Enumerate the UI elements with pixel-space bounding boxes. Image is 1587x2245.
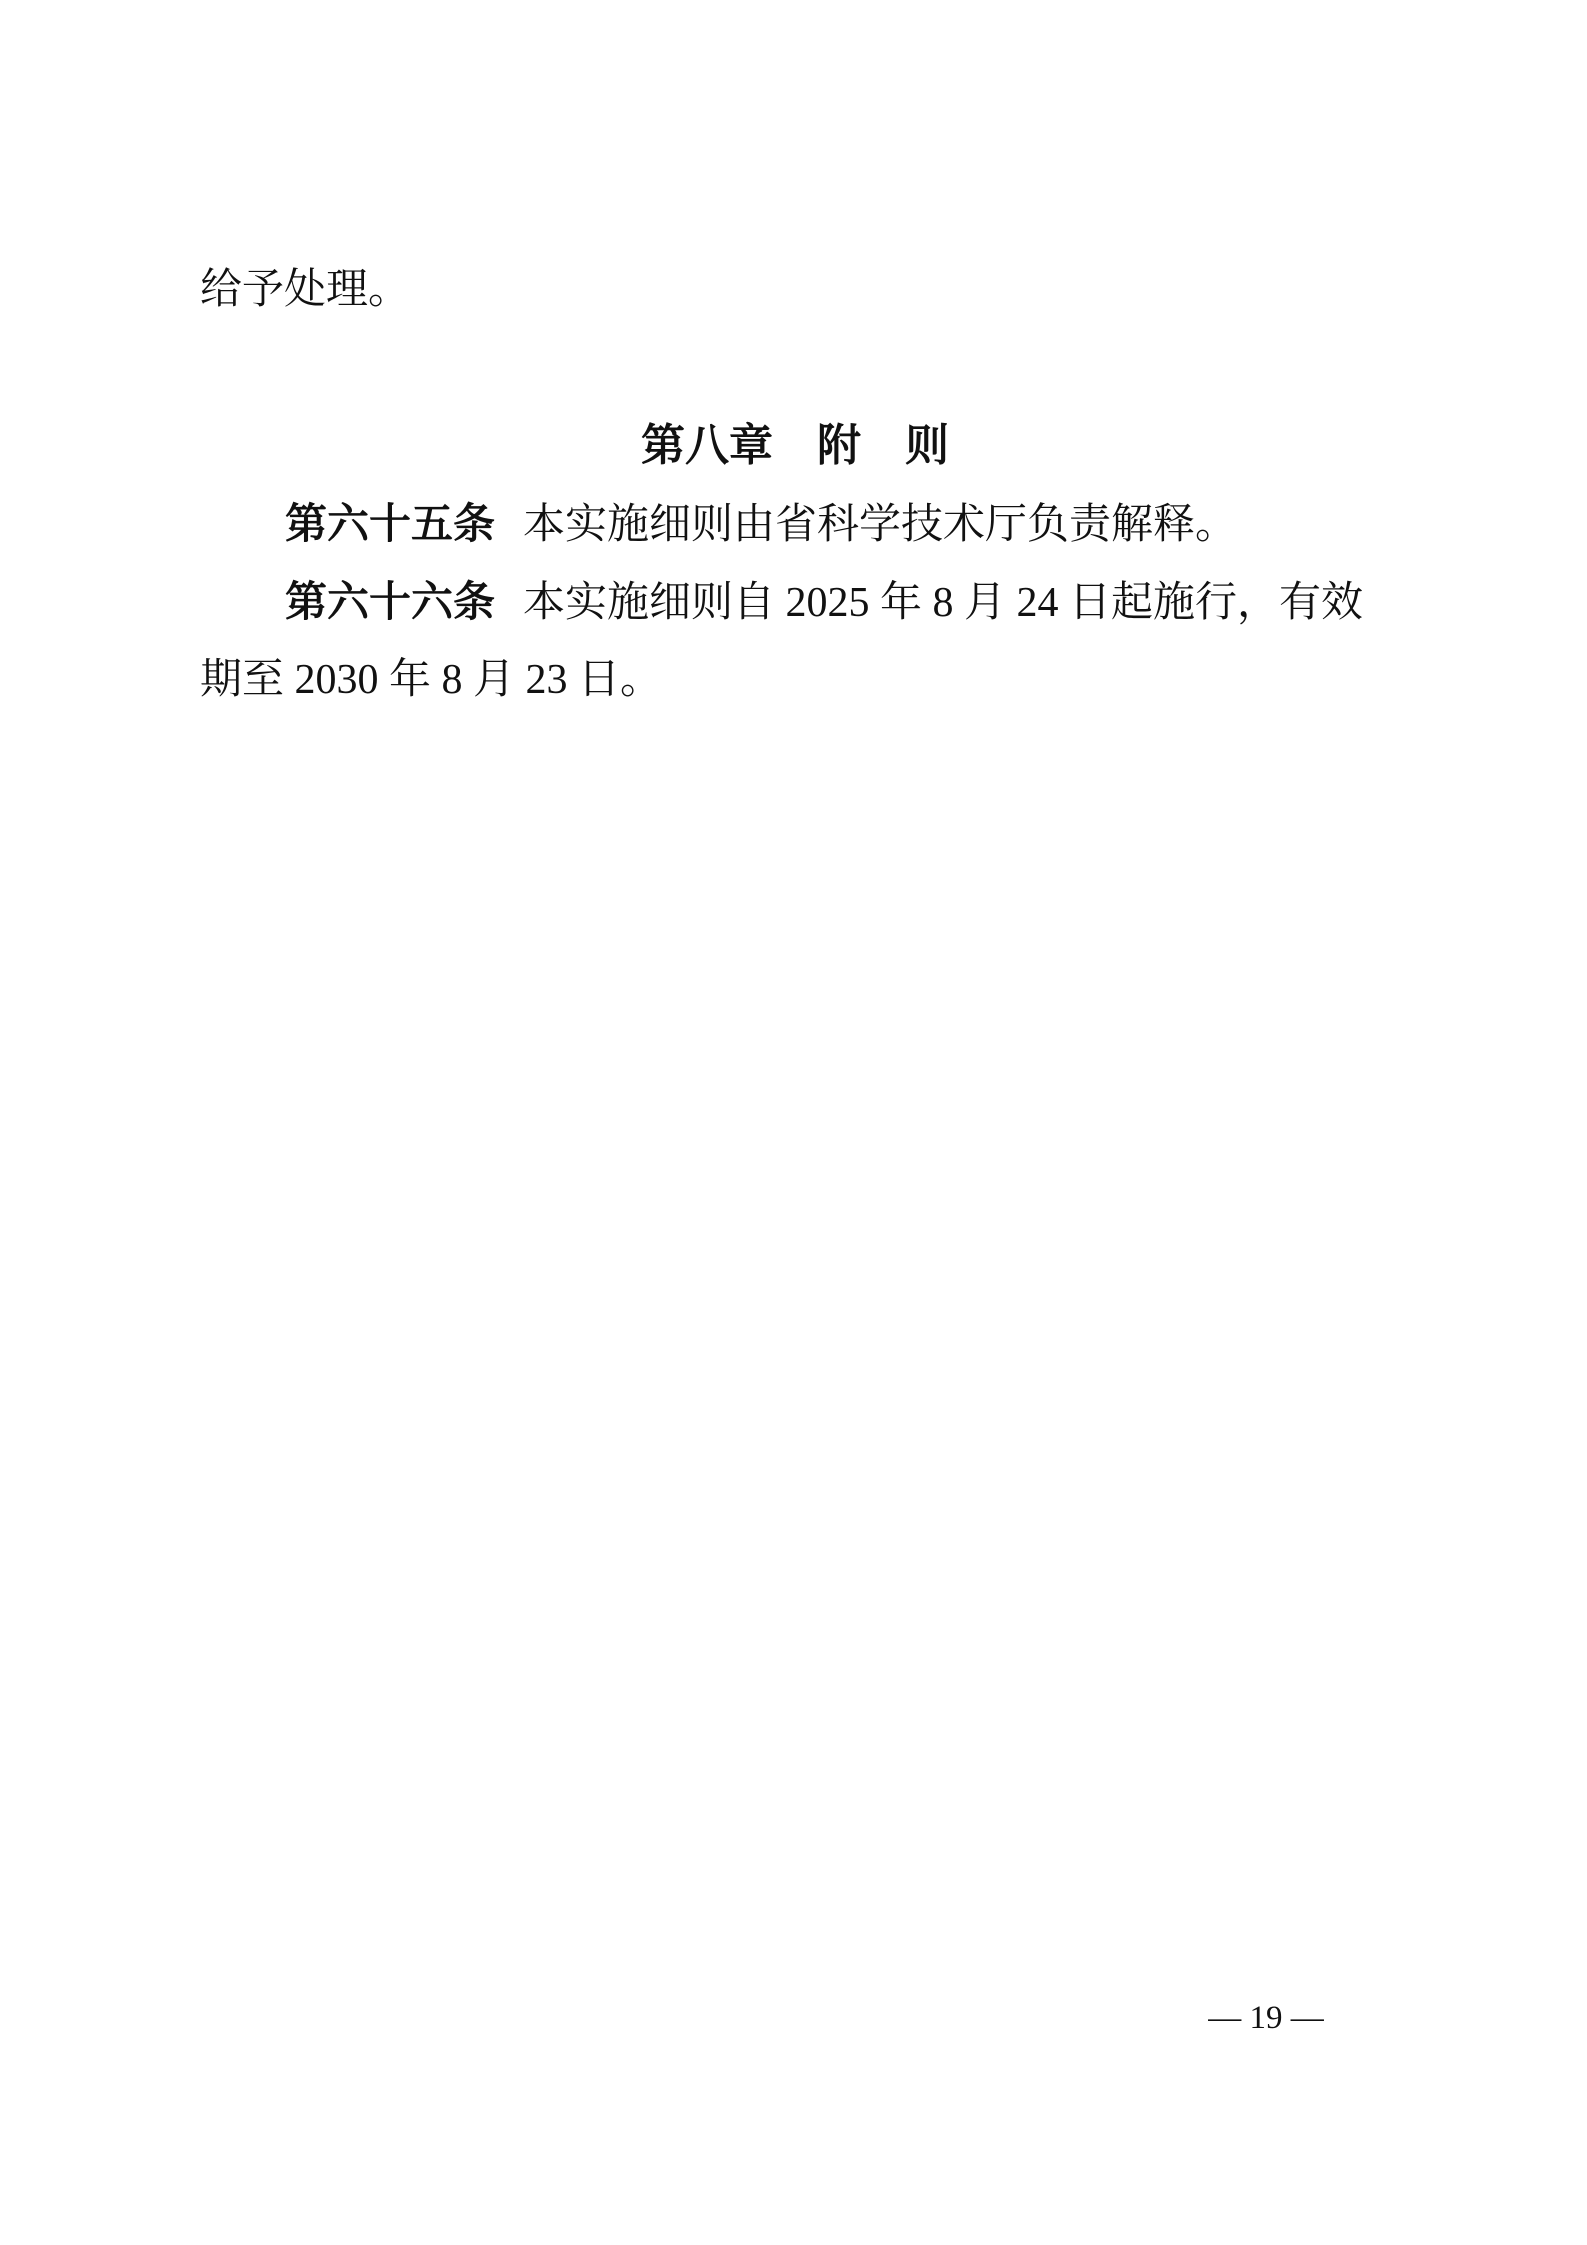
document-page: 给予处理。 第八章 附 则 第六十五条本实施细则由省科学技术厅负责解释。 第六十… [0,0,1587,2245]
article-66-line-2: 期至 2030 年 8 月 23 日。 [200,641,1390,719]
continuation-paragraph: 给予处理。 [200,251,1390,329]
article-66-lead: 第六十六条 [285,578,495,625]
article-66-text-line-1: 本实施细则自 2025 年 8 月 24 日起施行，有效 [523,580,1363,626]
page-number: — 19 — [1146,1996,1386,2040]
article-65-lead: 第六十五条 [285,500,495,547]
blank-line [200,329,1390,407]
article-65-text: 本实施细则由省科学技术厅负责解释。 [523,502,1237,548]
chapter-heading: 第八章 附 则 [200,407,1390,485]
article-66-line-1: 第六十六条本实施细则自 2025 年 8 月 24 日起施行，有效 [200,563,1390,641]
article-65-paragraph: 第六十五条本实施细则由省科学技术厅负责解释。 [200,485,1390,563]
page-content: 给予处理。 第八章 附 则 第六十五条本实施细则由省科学技术厅负责解释。 第六十… [200,251,1390,719]
